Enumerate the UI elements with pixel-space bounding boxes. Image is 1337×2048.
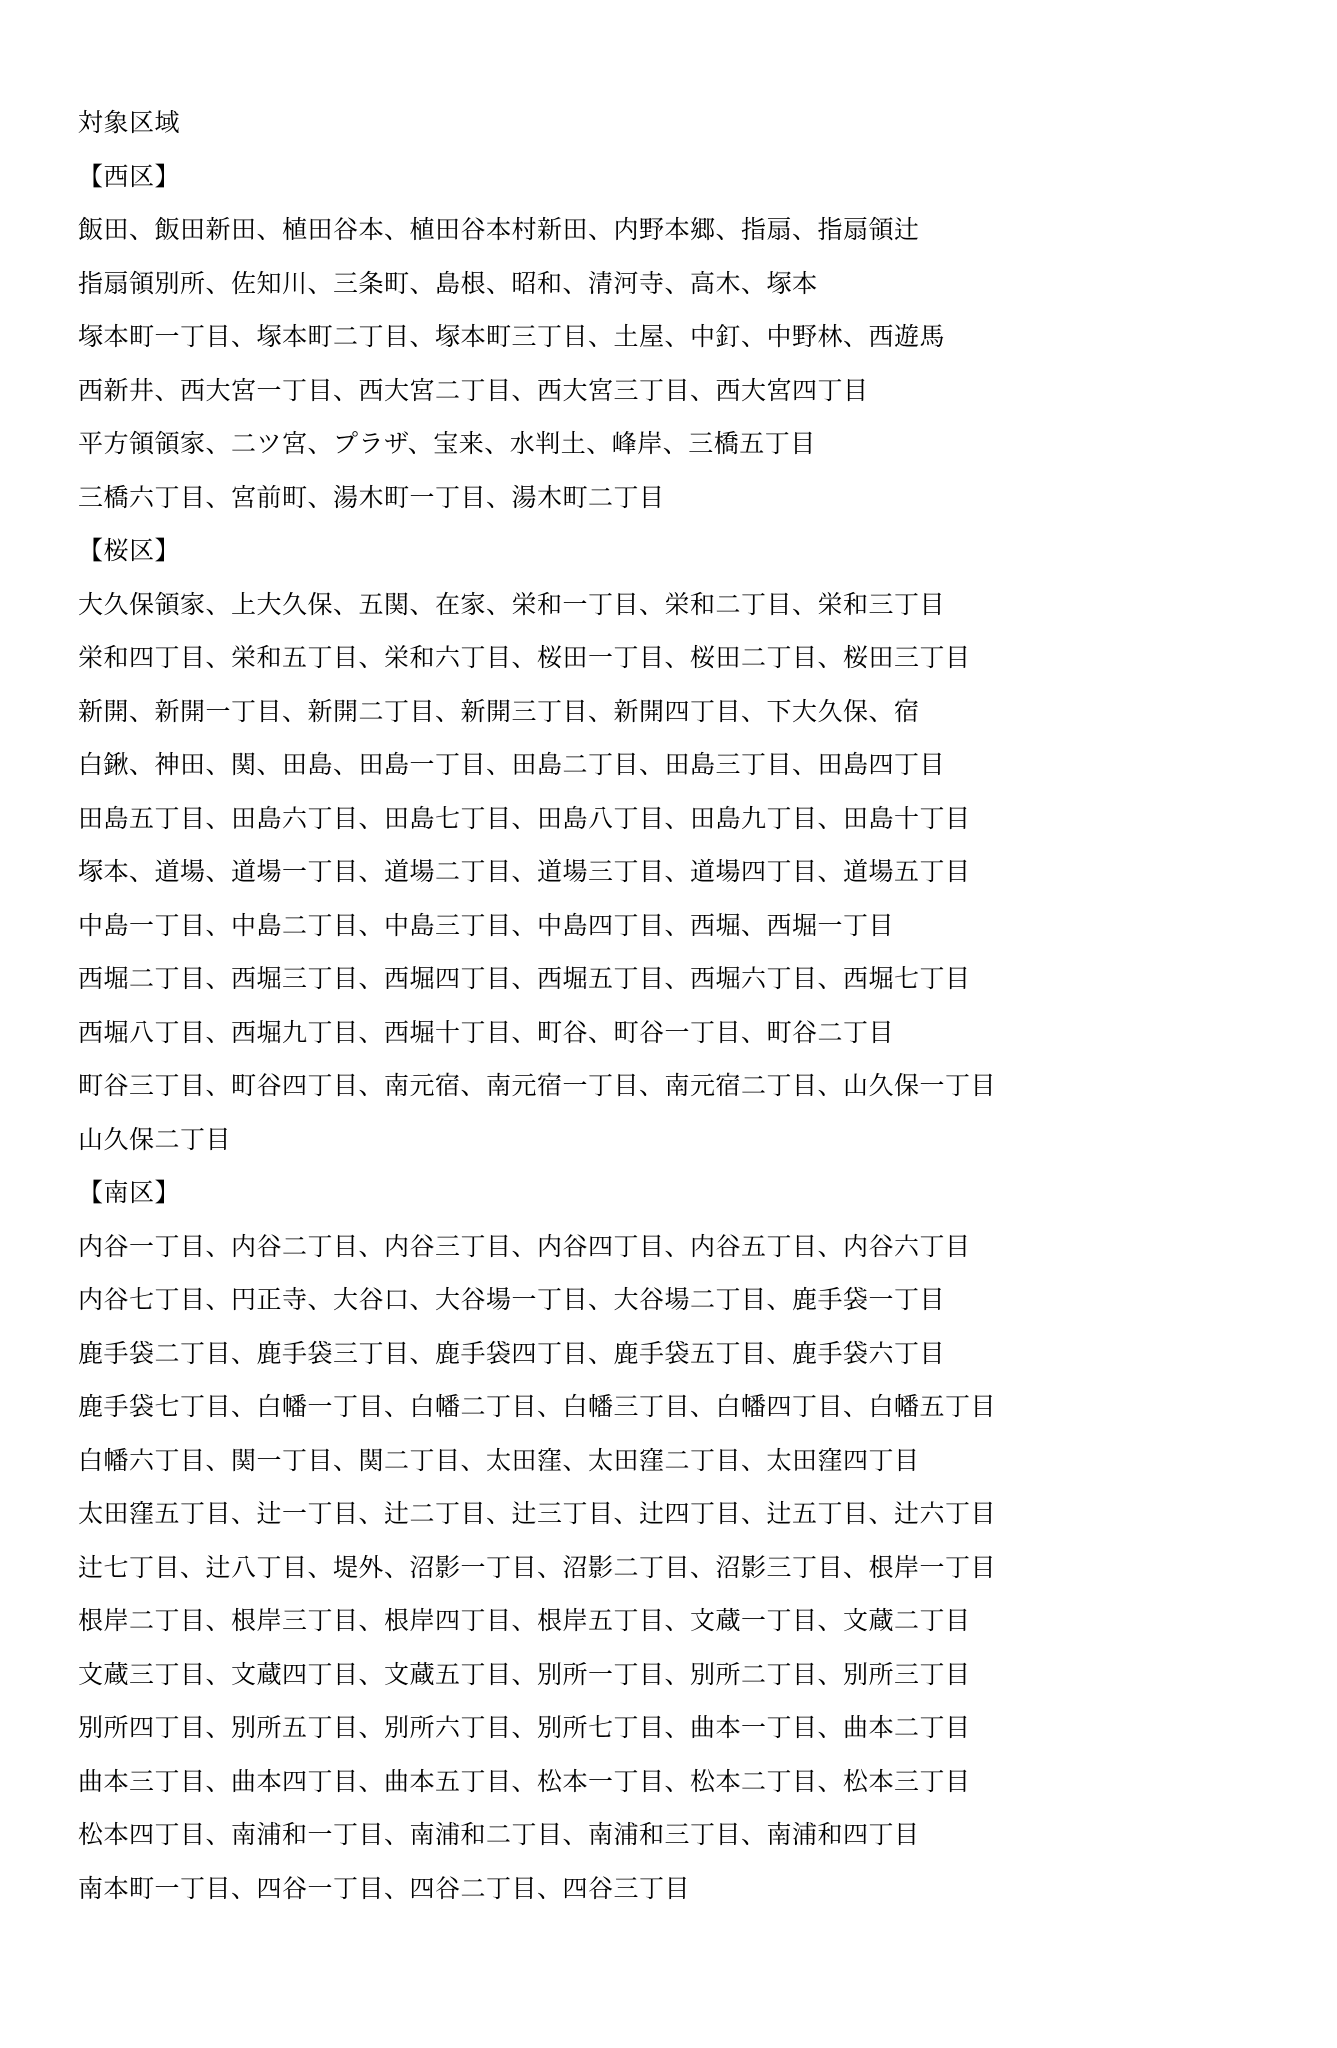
area-list-line: 内谷一丁目、内谷二丁目、内谷三丁目、内谷四丁目、内谷五丁目、内谷六丁目 <box>78 1221 1297 1275</box>
area-list-line: 大久保領家、上大久保、五関、在家、栄和一丁目、栄和二丁目、栄和三丁目 <box>78 579 1297 633</box>
area-list-line: 内谷七丁目、円正寺、大谷口、大谷場一丁目、大谷場二丁目、鹿手袋一丁目 <box>78 1274 1297 1328</box>
area-list-line: 西新井、西大宮一丁目、西大宮二丁目、西大宮三丁目、西大宮四丁目 <box>78 365 1297 419</box>
area-list-line: 飯田、飯田新田、植田谷本、植田谷本村新田、内野本郷、指扇、指扇領辻 <box>78 204 1297 258</box>
area-list-line: 塚本、道場、道場一丁目、道場二丁目、道場三丁目、道場四丁目、道場五丁目 <box>78 846 1297 900</box>
area-list-line: 松本四丁目、南浦和一丁目、南浦和二丁目、南浦和三丁目、南浦和四丁目 <box>78 1809 1297 1863</box>
document-body: 対象区域 【西区】 飯田、飯田新田、植田谷本、植田谷本村新田、内野本郷、指扇、指… <box>0 0 1337 1916</box>
section-heading-nishi-ward: 【西区】 <box>78 151 1297 205</box>
area-list-line: 白鍬、神田、関、田島、田島一丁目、田島二丁目、田島三丁目、田島四丁目 <box>78 739 1297 793</box>
area-list-line: 文蔵三丁目、文蔵四丁目、文蔵五丁目、別所一丁目、別所二丁目、別所三丁目 <box>78 1649 1297 1703</box>
area-list-line: 白幡六丁目、関一丁目、関二丁目、太田窪、太田窪二丁目、太田窪四丁目 <box>78 1435 1297 1489</box>
area-list-line: 田島五丁目、田島六丁目、田島七丁目、田島八丁目、田島九丁目、田島十丁目 <box>78 793 1297 847</box>
page-title: 対象区域 <box>78 97 1297 151</box>
area-list-line: 山久保二丁目 <box>78 1114 1297 1168</box>
area-list-line: 鹿手袋二丁目、鹿手袋三丁目、鹿手袋四丁目、鹿手袋五丁目、鹿手袋六丁目 <box>78 1328 1297 1382</box>
area-list-line: 西堀二丁目、西堀三丁目、西堀四丁目、西堀五丁目、西堀六丁目、西堀七丁目 <box>78 953 1297 1007</box>
area-list-line: 別所四丁目、別所五丁目、別所六丁目、別所七丁目、曲本一丁目、曲本二丁目 <box>78 1702 1297 1756</box>
area-list-line: 栄和四丁目、栄和五丁目、栄和六丁目、桜田一丁目、桜田二丁目、桜田三丁目 <box>78 632 1297 686</box>
area-list-line: 新開、新開一丁目、新開二丁目、新開三丁目、新開四丁目、下大久保、宿 <box>78 686 1297 740</box>
area-list-line: 塚本町一丁目、塚本町二丁目、塚本町三丁目、土屋、中釘、中野林、西遊馬 <box>78 311 1297 365</box>
area-list-line: 太田窪五丁目、辻一丁目、辻二丁目、辻三丁目、辻四丁目、辻五丁目、辻六丁目 <box>78 1488 1297 1542</box>
section-heading-sakura-ward: 【桜区】 <box>78 525 1297 579</box>
area-list-line: 中島一丁目、中島二丁目、中島三丁目、中島四丁目、西堀、西堀一丁目 <box>78 900 1297 954</box>
area-list-line: 三橋六丁目、宮前町、湯木町一丁目、湯木町二丁目 <box>78 472 1297 526</box>
area-list-line: 曲本三丁目、曲本四丁目、曲本五丁目、松本一丁目、松本二丁目、松本三丁目 <box>78 1756 1297 1810</box>
area-list-line: 鹿手袋七丁目、白幡一丁目、白幡二丁目、白幡三丁目、白幡四丁目、白幡五丁目 <box>78 1381 1297 1435</box>
area-list-line: 辻七丁目、辻八丁目、堤外、沼影一丁目、沼影二丁目、沼影三丁目、根岸一丁目 <box>78 1542 1297 1596</box>
area-list-line: 西堀八丁目、西堀九丁目、西堀十丁目、町谷、町谷一丁目、町谷二丁目 <box>78 1007 1297 1061</box>
area-list-line: 根岸二丁目、根岸三丁目、根岸四丁目、根岸五丁目、文蔵一丁目、文蔵二丁目 <box>78 1595 1297 1649</box>
area-list-line: 南本町一丁目、四谷一丁目、四谷二丁目、四谷三丁目 <box>78 1863 1297 1917</box>
area-list-line: 町谷三丁目、町谷四丁目、南元宿、南元宿一丁目、南元宿二丁目、山久保一丁目 <box>78 1060 1297 1114</box>
section-heading-minami-ward: 【南区】 <box>78 1167 1297 1221</box>
area-list-line: 指扇領別所、佐知川、三条町、島根、昭和、清河寺、高木、塚本 <box>78 258 1297 312</box>
area-list-line: 平方領領家、二ツ宮、プラザ、宝来、水判土、峰岸、三橋五丁目 <box>78 418 1297 472</box>
